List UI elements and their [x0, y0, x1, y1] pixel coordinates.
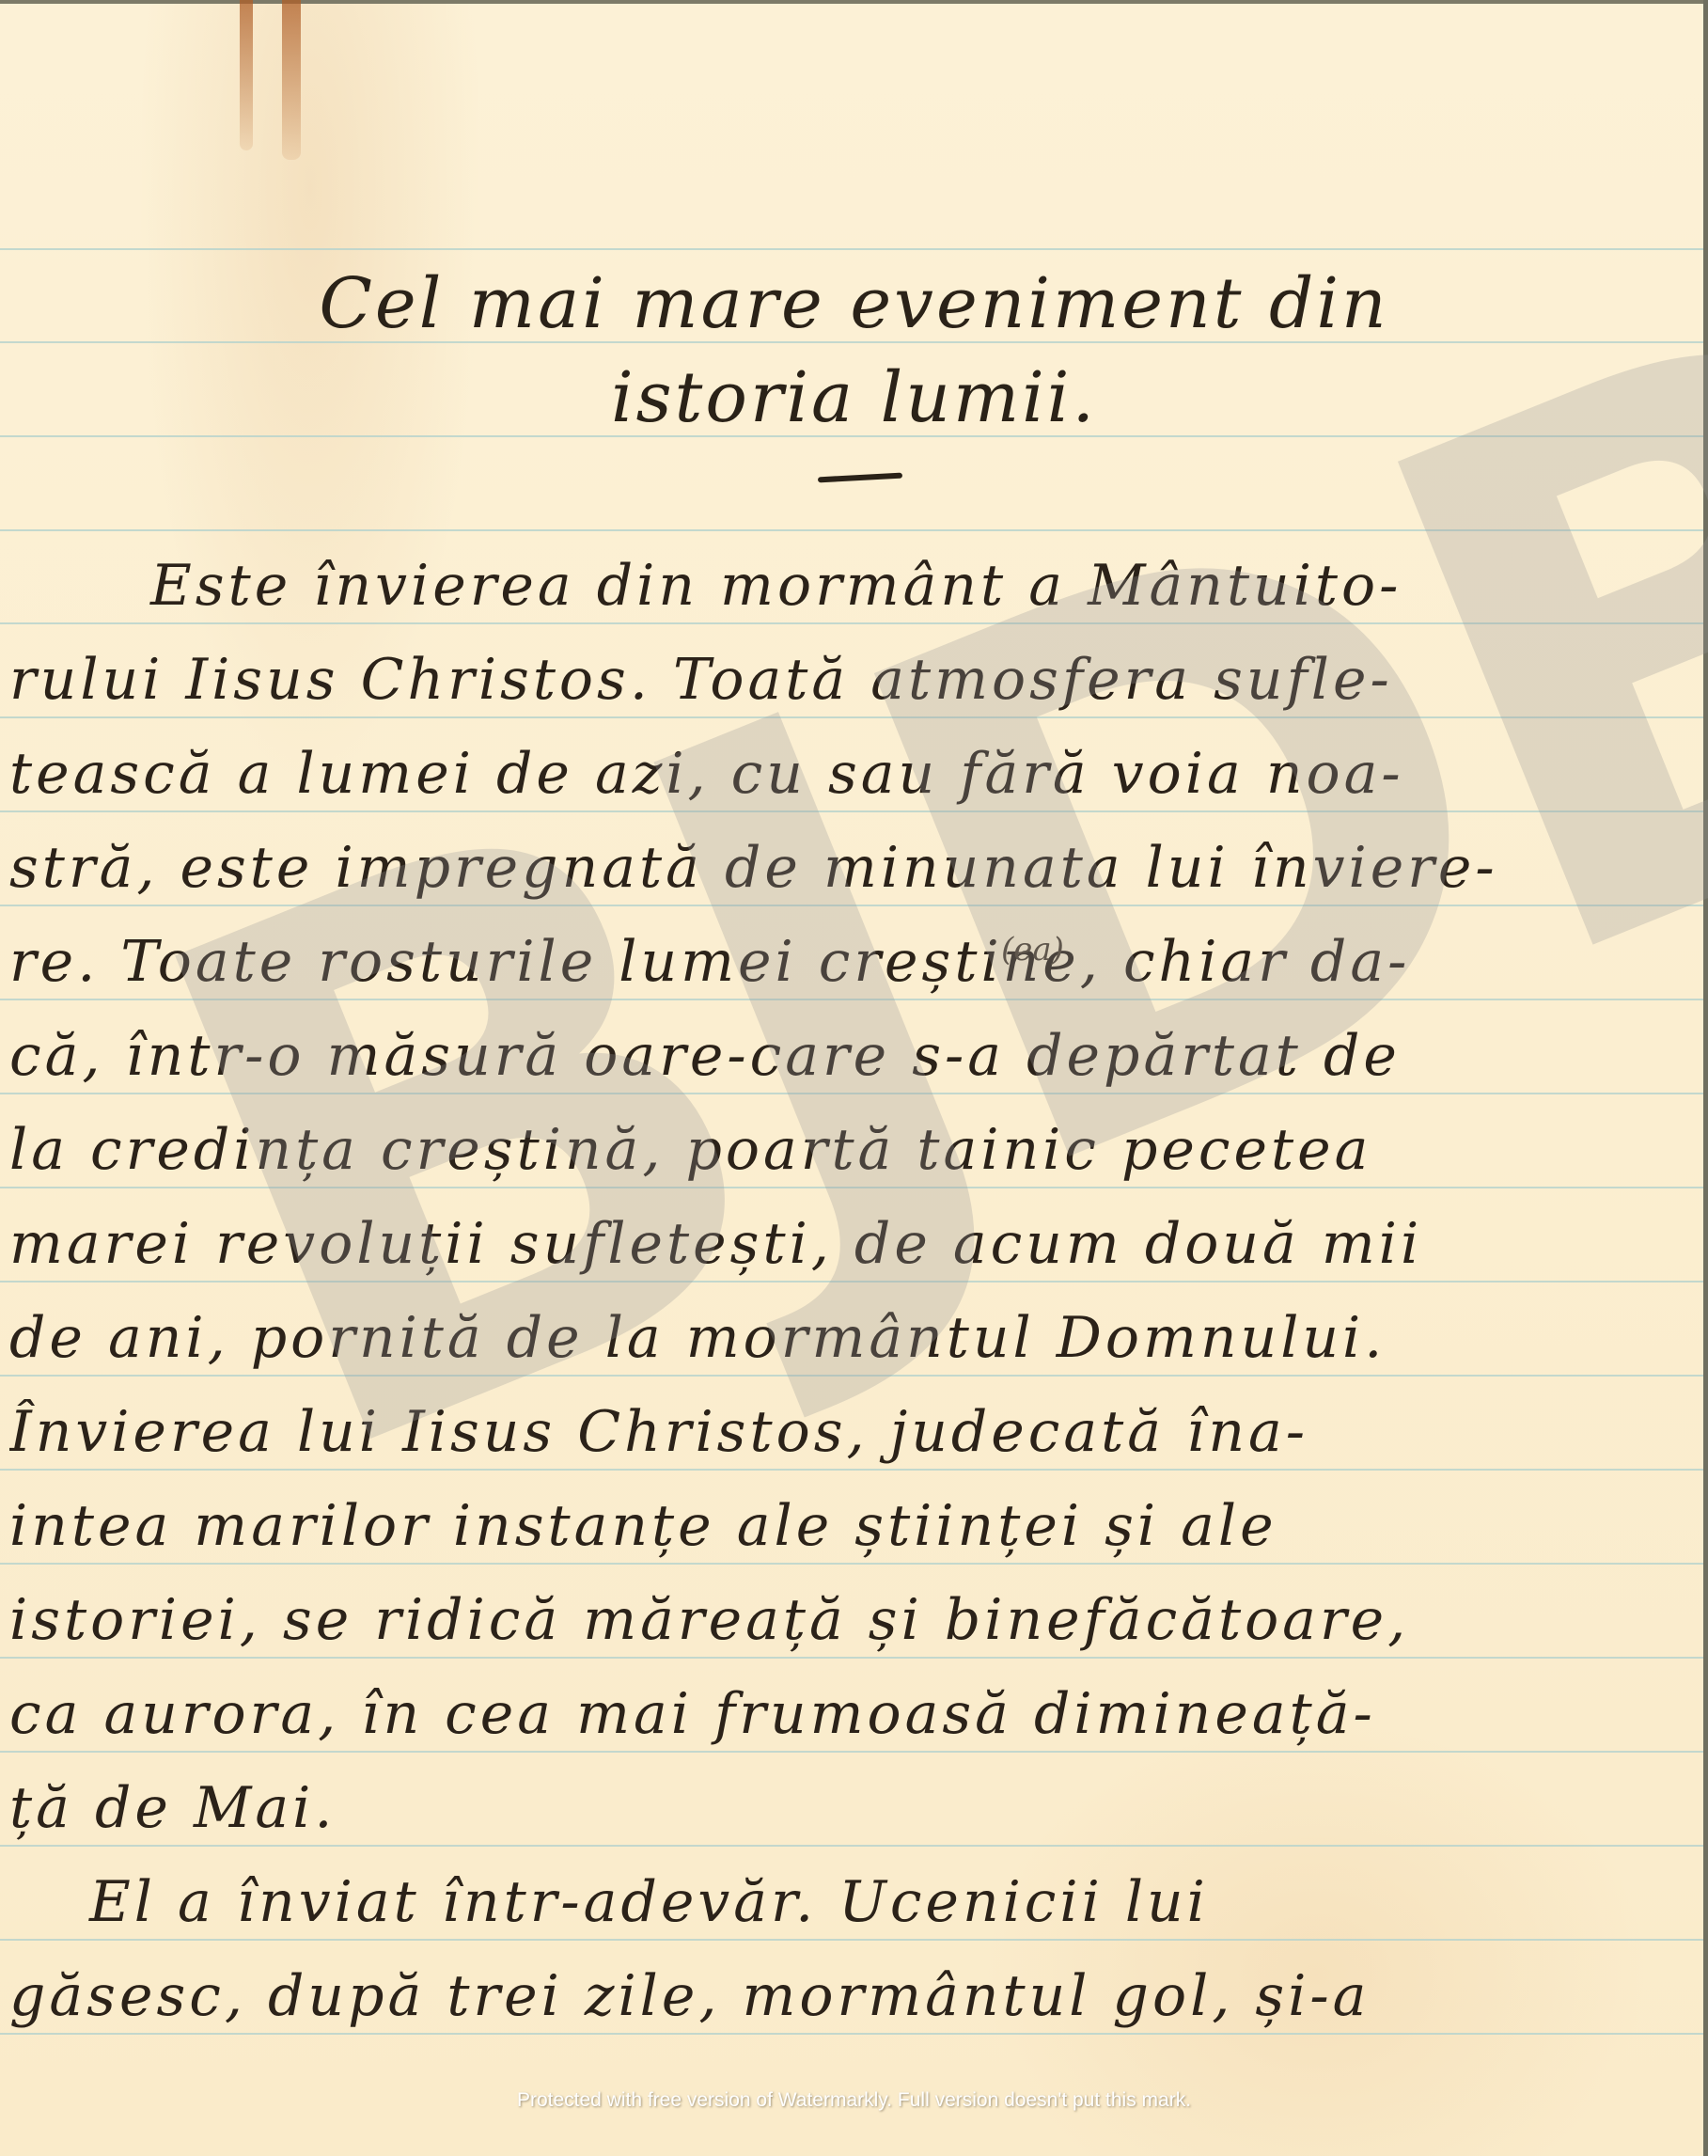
ruled-line: [0, 905, 1703, 906]
text-line: găsesc, după trei zile, mormântul gol, ș…: [9, 1963, 1692, 2029]
title-line-1: Cel mai mare eveniment din: [0, 263, 1708, 344]
text-line: Este învierea din mormânt a Mântuito-: [9, 553, 1708, 619]
text-line: El a înviat într-adevăr. Ucenicii lui: [9, 1869, 1708, 1935]
ruled-line: [0, 1563, 1703, 1565]
ruled-line: [0, 810, 1703, 812]
text-line: re. Toate rosturile lumei creștine, chia…: [9, 929, 1692, 995]
text-line: stră, este impregnată de minunata lui în…: [9, 835, 1692, 901]
interlinear-insertion: (ea): [1001, 931, 1064, 968]
title-separator: [818, 473, 902, 483]
text-line: Învierea lui Iisus Christos, judecată în…: [9, 1399, 1692, 1465]
text-line: ță de Mai.: [9, 1775, 1692, 1841]
text-line: rului Iisus Christos. Toată atmosfera su…: [9, 647, 1692, 713]
ruled-line: [0, 1751, 1703, 1753]
ruled-line: [0, 1939, 1703, 1941]
ruled-line: [0, 529, 1703, 531]
title-line-2: istoria lumii.: [0, 357, 1708, 438]
ruled-line: [0, 1469, 1703, 1471]
manuscript-page: Cel mai mare eveniment din istoria lumii…: [0, 0, 1708, 2156]
ruled-line: [0, 716, 1703, 718]
text-line: că, într-o măsură oare-care s-a depărtat…: [9, 1023, 1692, 1089]
ruled-line: [0, 999, 1703, 1000]
rust-stain-left: [240, 0, 253, 150]
ruled-line: [0, 1375, 1703, 1377]
ruled-line: [0, 622, 1703, 624]
ruled-line: [0, 1845, 1703, 1847]
watermarkly-notice: Protected with free version of Watermark…: [0, 2089, 1708, 2112]
ruled-line: [0, 1093, 1703, 1094]
text-line: intea marilor instanțe ale științei și a…: [9, 1493, 1692, 1559]
ruled-line: [0, 1657, 1703, 1659]
ruled-line: [0, 2033, 1703, 2035]
text-line: istoriei, se ridică măreață și binefăcăt…: [9, 1587, 1692, 1653]
rust-stain-right: [282, 0, 301, 160]
text-line: de ani, pornită de la mormântul Domnului…: [9, 1305, 1692, 1371]
text-line: la credința creștină, poartă tainic pece…: [9, 1117, 1692, 1183]
page-top-edge: [0, 0, 1708, 4]
ruled-line: [0, 1281, 1703, 1283]
text-line: marei revoluții sufletești, de acum două…: [9, 1211, 1692, 1277]
text-line: tească a lumei de azi, cu sau fără voia …: [9, 741, 1692, 807]
ruled-line: [0, 1187, 1703, 1188]
text-line: ca aurora, în cea mai frumoasă dimineață…: [9, 1681, 1692, 1747]
ruled-line: [0, 248, 1703, 250]
